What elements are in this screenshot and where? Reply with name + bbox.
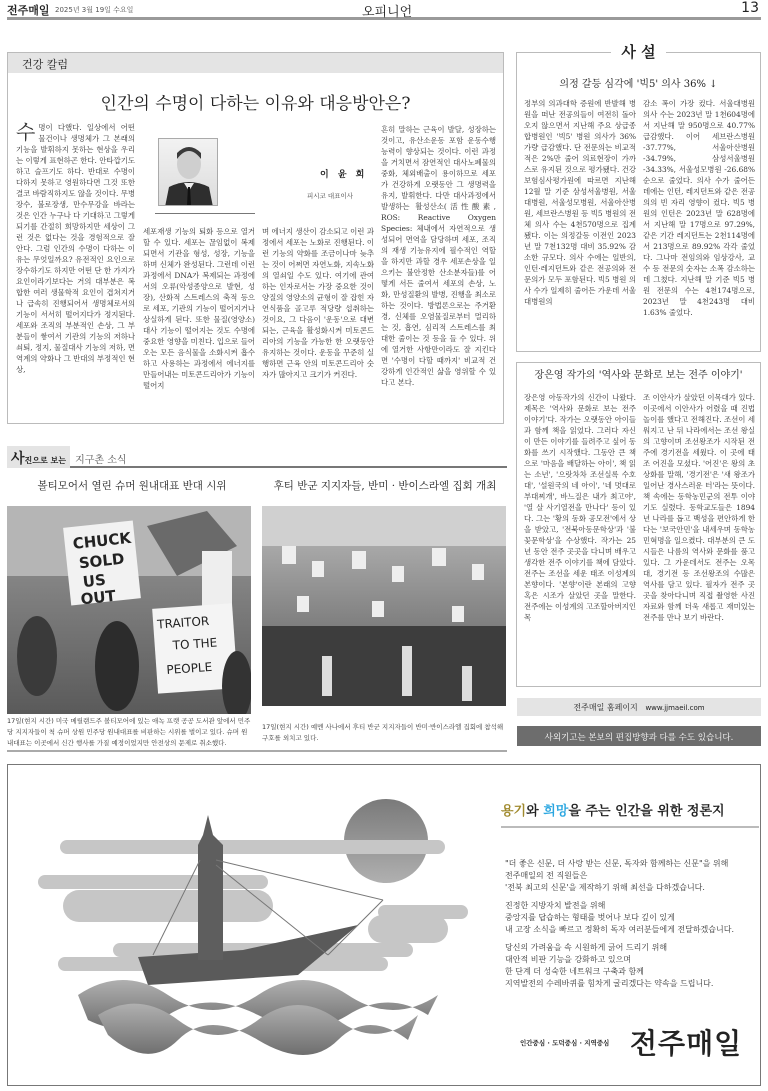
ad-paragraph-2: 진정한 지방자치 발전을 위해중앙지를 답습하는 형태를 벗어나 보다 깊이 있… — [505, 900, 734, 936]
masthead: 전주매일 2025년 3월 19일 수요일 오피니언 13 — [7, 0, 761, 20]
section-initial: 사진으로 보는 — [7, 446, 70, 468]
body-text: 명이 다했다. 일상에서 어떤 물건이나 생명체가 그 본래의 기능을 발휘하지… — [16, 123, 135, 374]
editorial-label: 사 설 — [611, 43, 665, 61]
divider — [7, 750, 507, 752]
section-title: 오피니언 — [362, 1, 412, 20]
section-subtitle: 진으로 보는 — [25, 456, 66, 465]
portrait-icon — [159, 139, 218, 206]
author-name: 이 윤 희 — [320, 167, 367, 180]
photo-section-header: 사진으로 보는 지구촌 소식 — [7, 446, 507, 468]
section-title-rest: 지구촌 소식 — [75, 455, 126, 466]
ad-paragraph-3: 당신의 가려움을 속 시원하게 긁어 드리기 위해대안적 비판 기능을 강화하고… — [505, 942, 734, 990]
photo-title-2: 후티 반군 지지자들, 반미 · 반이스라엘 집회 개최 — [260, 478, 510, 493]
editorial-col-1: 정부의 의과대학 증원에 반발해 병원을 떠난 전공의들이 여전히 돌아오지 않… — [524, 98, 636, 348]
photo-caption-2: 17일(현지 시간) 예멘 사나에서 후티 반군 지지자들이 반미·반이스라엘 … — [262, 722, 507, 744]
ad-slogan: 인간중심 · 도덕중심 · 지역중심 — [520, 1038, 609, 1047]
page-number: 13 — [741, 0, 759, 16]
homepage-banner[interactable]: 전주매일 홈페이지 www.jjmaeil.com — [517, 698, 761, 716]
protest-scene-icon: CHUCK SOLD US OUT TRAITOR TO THE PEOPLE — [7, 506, 251, 714]
protest-photo-baltimore: CHUCK SOLD US OUT TRAITOR TO THE PEOPLE — [7, 506, 251, 714]
ad-body: "더 좋은 신문, 더 사랑 받는 신문, 독자와 함께하는 신문"을 위해전주… — [505, 858, 734, 996]
disclaimer-banner: 사외기고는 본보의 편집방향과 다를 수도 있습니다. — [517, 726, 761, 746]
photo-title-1: 볼티모어서 열린 슈머 원내대표 반대 시위 — [7, 478, 257, 493]
book-story-title: 장은영 작가의 '역사와 문화로 보는 전주 이야기' — [517, 366, 760, 381]
pen-ship-illustration — [28, 795, 468, 1065]
protest-photo-sanaa — [262, 506, 506, 706]
crowd-scene-icon — [262, 506, 506, 706]
editorial-col-2: 감소 폭이 가장 컸다. 서울대병원 의사 수는 2023년 말 1천604명에… — [643, 98, 755, 348]
newspaper-logo: 전주매일 — [7, 2, 50, 18]
issue-date: 2025년 3월 19일 수요일 — [55, 5, 133, 15]
column-kicker: 건강 칼럼 — [8, 53, 503, 73]
photo-caption-1: 17일(현지 시간) 미국 메릴랜드주 볼티모어에 있는 애녹 프랫 공공 도서… — [7, 716, 252, 749]
editorial-title: 의정 갈등 심각에 '빅5' 의사 36% ↓ — [517, 75, 760, 90]
column-title: 인간의 수명이 다하는 이유와 대응방안은? — [8, 89, 503, 114]
health-col-1: 수명이 다했다. 일상에서 어떤 물건이나 생명체가 그 본래의 기능을 발휘하… — [16, 122, 135, 420]
health-col-3: 며 에너지 생산이 감소되고 이런 과정에서 세포는 노화로 진행된다. 이런 … — [262, 226, 374, 420]
author-role: 피시코 대표이사 — [307, 191, 353, 200]
homepage-url[interactable]: www.jjmaeil.com — [645, 704, 704, 712]
book-col-1: 장은영 아동작가의 신간이 나왔다. 제목은 '역사와 문화로 보는 전주 이야… — [524, 392, 636, 682]
divider — [501, 826, 759, 828]
dropcap: 수 — [16, 122, 35, 142]
ad-logo: 전주매일 — [630, 1022, 742, 1062]
homepage-label: 전주매일 홈페이지 — [573, 703, 637, 712]
health-col-2: 세포재생 기능의 퇴화 등으로 열거할 수 있다. 세포는 끊임없이 복제되면서… — [143, 226, 255, 420]
divider — [155, 213, 255, 214]
ad-paragraph-1: "더 좋은 신문, 더 사랑 받는 신문, 독자와 함께하는 신문"을 위해전주… — [505, 858, 734, 894]
author-photo — [158, 138, 218, 206]
ad-headline: 용기와 희망을 주는 인간을 위한 정론지 — [501, 800, 725, 819]
svg-text:OUT: OUT — [80, 587, 118, 609]
book-col-2: 조 이안사가 살았던 이목대가 있다. 이곳에서 이안사가 어렸을 때 진법놀이… — [643, 392, 755, 682]
health-col-4: 흔히 말하는 근육이 발달, 성장하는 것이고, 유산소운동 포함 운동수행능력… — [381, 124, 496, 420]
